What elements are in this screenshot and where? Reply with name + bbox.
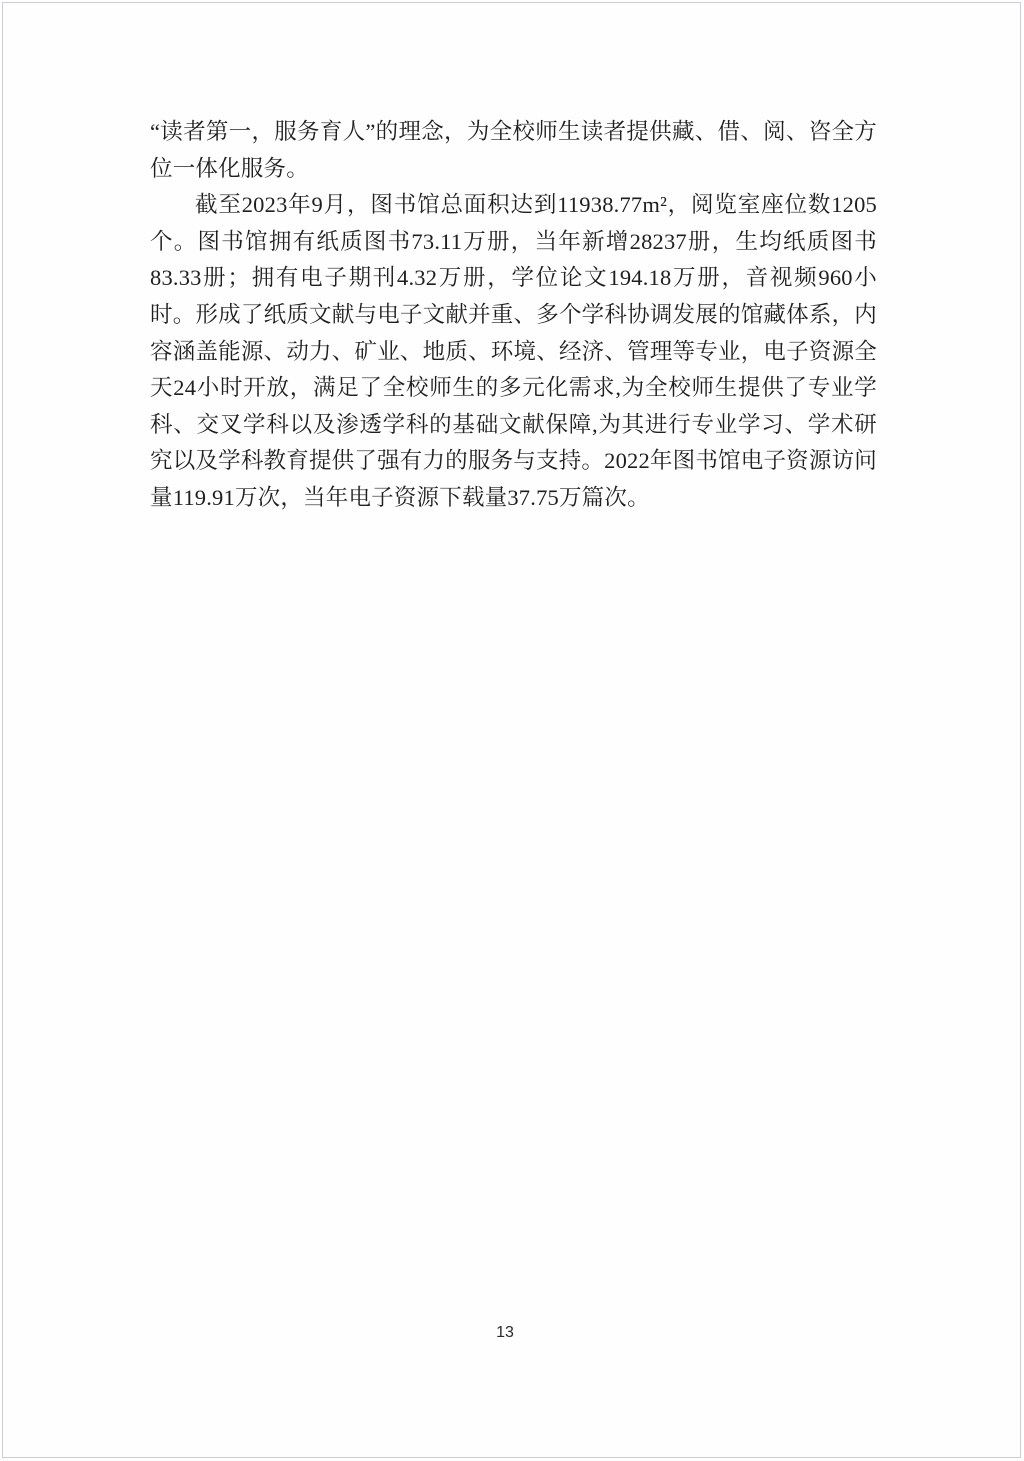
paragraph-continuation: “读者第一，服务育人”的理念，为全校师生读者提供藏、借、阅、咨全方位一体化服务。 (150, 114, 877, 187)
document-page: “读者第一，服务育人”的理念，为全校师生读者提供藏、借、阅、咨全方位一体化服务。… (0, 0, 1024, 1461)
page-number: 13 (0, 1324, 1010, 1342)
text-content: “读者第一，服务育人”的理念，为全校师生读者提供藏、借、阅、咨全方位一体化服务。… (150, 114, 877, 517)
paragraph-library-stats: 截至2023年9月，图书馆总面积达到11938.77m²，阅览室座位数1205个… (150, 187, 877, 516)
